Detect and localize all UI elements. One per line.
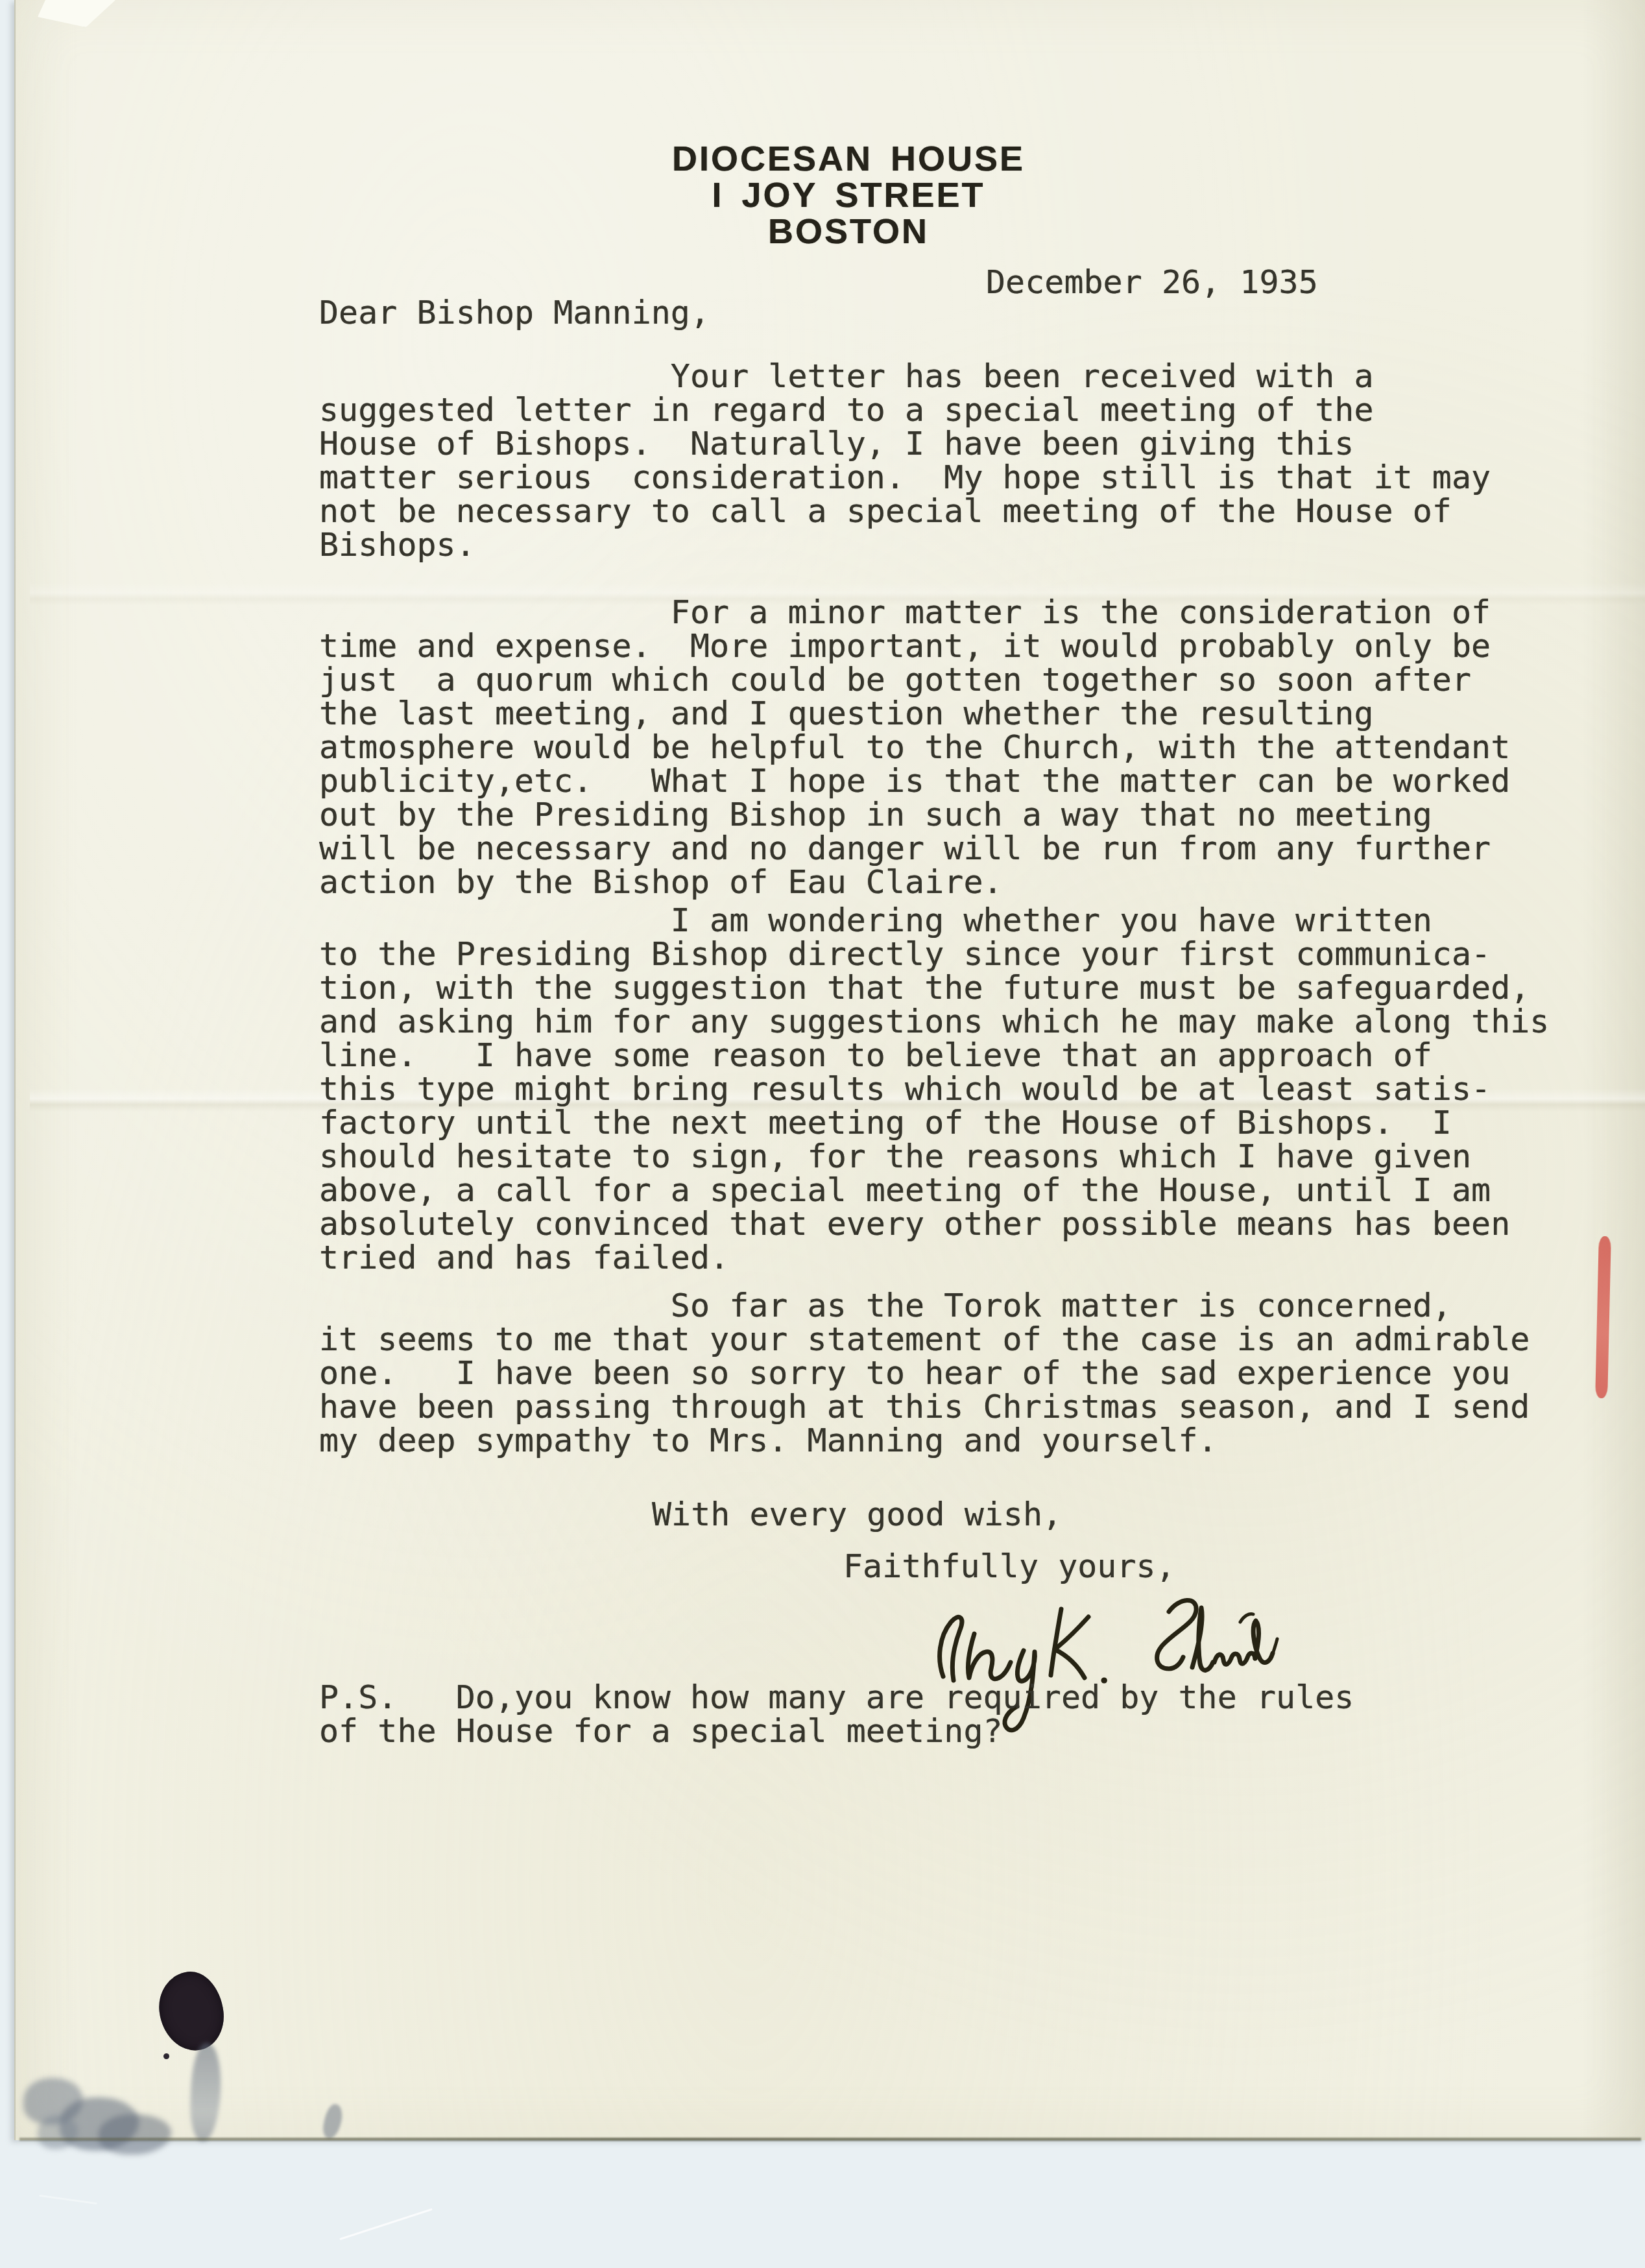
signature-stroke	[1253, 1621, 1273, 1662]
scanner-scratch	[339, 2208, 433, 2240]
scanner-scratch	[39, 2195, 97, 2204]
signature-stroke	[1051, 1609, 1061, 1675]
postscript: P.S. Do,you know how many are required b…	[319, 1680, 1571, 1748]
scanned-letter-canvas: DIOCESAN HOUSE I JOY STREET BOSTON Decem…	[0, 0, 1645, 2268]
letterhead: DIOCESAN HOUSE I JOY STREET BOSTON	[459, 141, 1238, 250]
body-paragraph-2: For a minor matter is the consideration …	[319, 595, 1571, 899]
signature-stroke	[1214, 1653, 1255, 1664]
salutation: Dear Bishop Manning,	[319, 296, 1571, 329]
closing-wish: With every good wish,	[652, 1498, 1365, 1531]
letterhead-line3: BOSTON	[459, 213, 1238, 250]
ink-smudge	[99, 2114, 171, 2155]
signature-stroke	[940, 1617, 962, 1680]
letterhead-line1: DIOCESAN HOUSE	[459, 141, 1238, 177]
body-paragraph-1: Your letter has been received with a sug…	[319, 359, 1571, 562]
signature-apostrophe	[1273, 1639, 1277, 1652]
body-paragraph-4: So far as the Torok matter is concerned,…	[319, 1289, 1571, 1457]
paper-bottom-edge	[19, 2138, 1641, 2141]
signature-stroke	[968, 1634, 1011, 1679]
letterhead-line2: I JOY STREET	[459, 177, 1238, 213]
valediction: Faithfully yours,	[843, 1549, 1557, 1583]
signature-stroke	[1157, 1600, 1196, 1669]
signature-stroke	[1240, 1614, 1253, 1623]
ink-blot-dot	[163, 2053, 169, 2059]
body-paragraph-3: I am wondering whether you have written …	[319, 903, 1571, 1274]
date-line: December 26, 1935	[986, 265, 1645, 299]
